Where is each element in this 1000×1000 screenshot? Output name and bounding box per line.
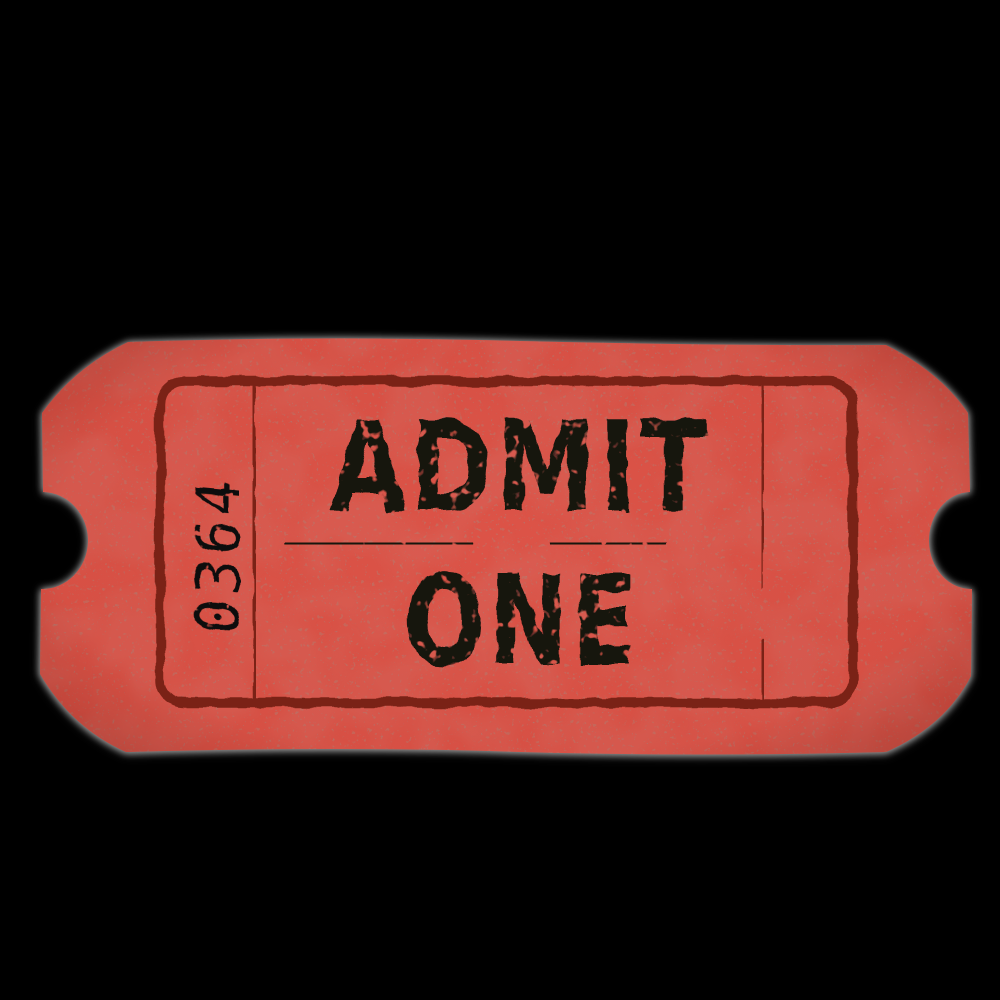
- admit-text: ADMIT: [329, 394, 711, 541]
- right-stub-divider: [762, 384, 764, 699]
- serial-number: 0364: [184, 473, 254, 637]
- ticket: ADMIT ONE 0364: [0, 300, 1000, 800]
- admit-one-ticket: ADMIT ONE 0364: [0, 0, 1000, 1000]
- canvas: ADMIT ONE 0364: [0, 0, 1000, 1000]
- one-text: ONE: [404, 550, 640, 694]
